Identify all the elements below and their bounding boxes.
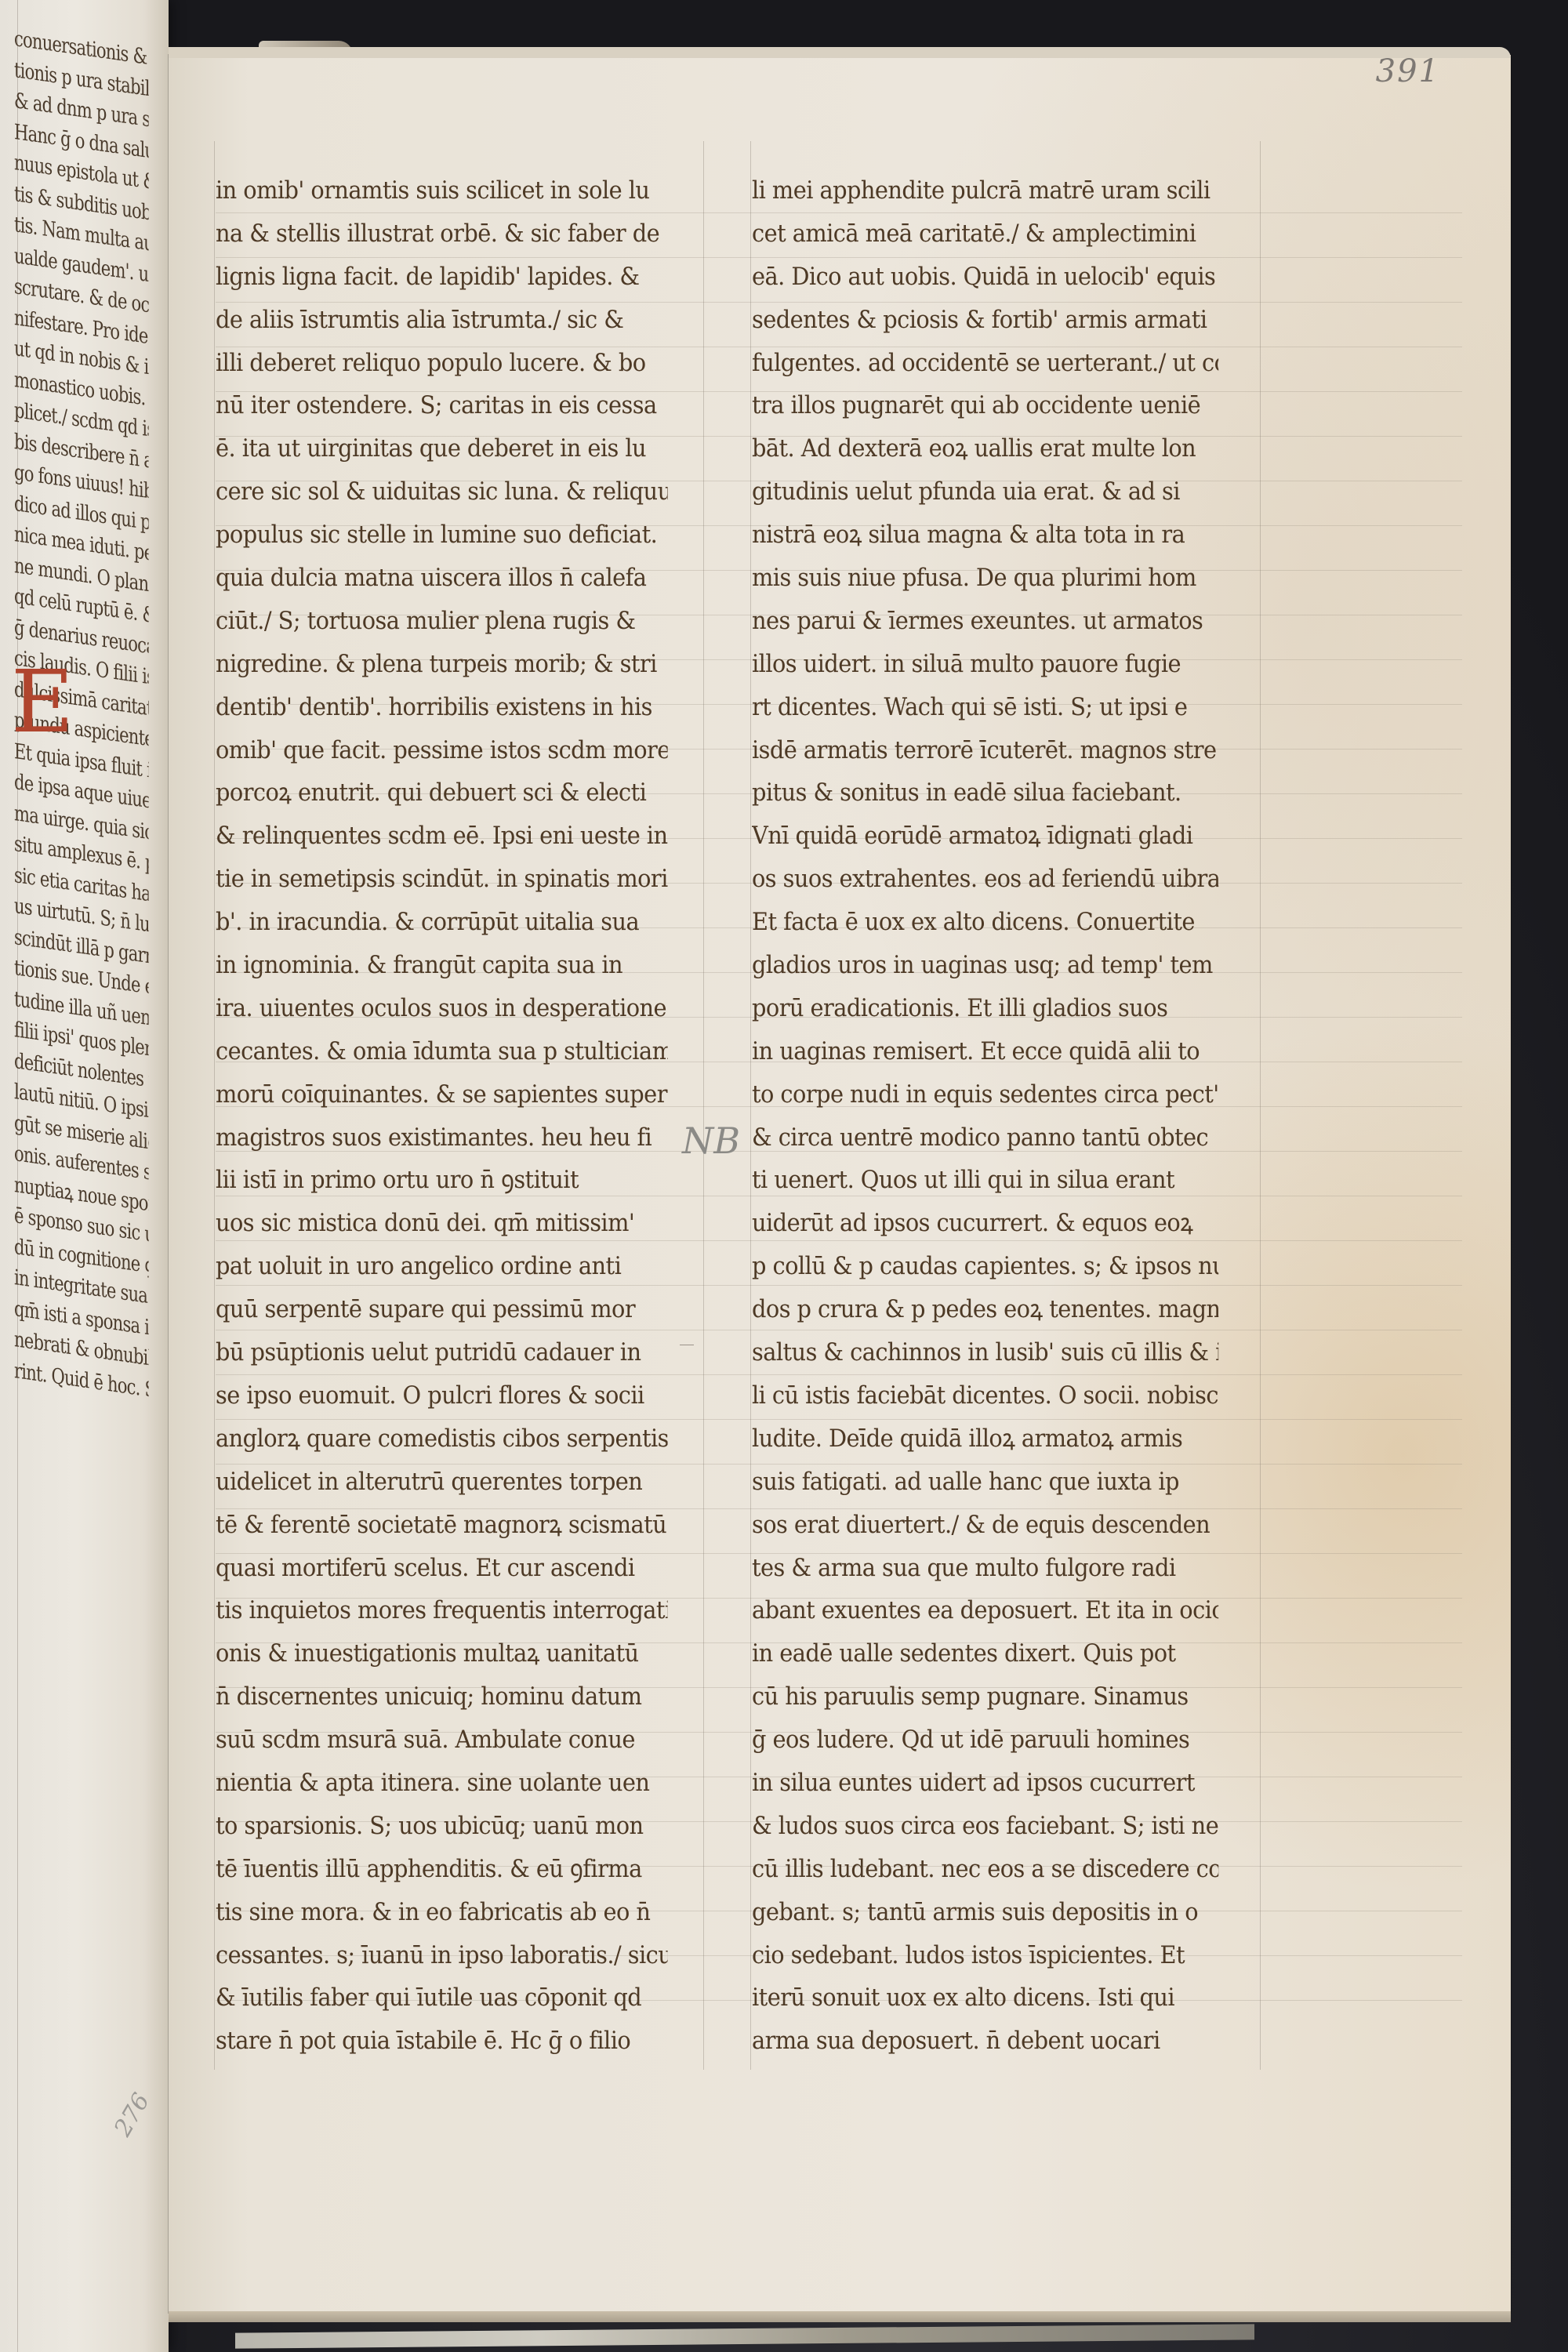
text-line: quū serpentē supare qui pessimū mor — [216, 1288, 668, 1331]
text-line: uiderūt ad ipsos cucurrert. & equos eoꝝ — [752, 1202, 1218, 1245]
text-line: mis suis niue pfusa. De qua plurimi hom — [752, 557, 1218, 600]
verso-folio-number: 276 — [109, 2089, 155, 2141]
folio-number: 391 — [1376, 53, 1440, 89]
text-line: uidelicet in alterutrū querentes torpen — [216, 1461, 668, 1504]
text-line: fulgentes. ad occidentē se uerterant./ u… — [752, 342, 1218, 385]
text-line: Et facta ē uox ex alto dicens. Conuertit… — [752, 901, 1218, 944]
text-line: suū scdm msurā suā. Ambulate conue — [216, 1719, 668, 1762]
text-line: cet amicā meā caritatē./ & amplectimini — [752, 212, 1218, 256]
text-line: morū coīquinantes. & se sapientes super — [216, 1073, 668, 1116]
text-line: onis & inuestigationis multaꝝ uanitatū — [216, 1632, 668, 1675]
text-line: cio sedebant. ludos istos īspicientes. E… — [752, 1934, 1218, 1977]
text-line: li mei apphendite pulcrā matrē uram scil… — [752, 169, 1218, 212]
text-line: se ipso euomuit. O pulcri flores & socii — [216, 1374, 668, 1417]
text-line: p collū & p caudas capientes. s; & ipsos… — [752, 1245, 1218, 1288]
text-line: isdē armatis terrorē īcuterēt. magnos st… — [752, 729, 1218, 772]
text-line: to sparsionis. S; uos ubicūq; uanū mon — [216, 1805, 668, 1848]
text-line: & circa uentrē modico panno tantū obtec — [752, 1116, 1218, 1160]
text-line: gebant. s; tantū armis suis depositis in… — [752, 1891, 1218, 1934]
text-line: arma sua deposuert. n̄ debent uocari — [752, 2020, 1218, 2063]
column-b-left-rule — [750, 141, 751, 2070]
text-line: gladios uros in uaginas usq; ad temp' te… — [752, 944, 1218, 987]
text-line: bāt. Ad dexterā eoꝝ uallis erat multe lo… — [752, 427, 1218, 470]
text-line: in silua euntes uidert ad ipsos cucurrer… — [752, 1762, 1218, 1805]
text-line: tis inquietos mores frequentis interroga… — [216, 1589, 668, 1632]
text-line: in ignominia. & frangūt capita sua in — [216, 944, 668, 987]
text-line: porū eradicationis. Et illi gladios suos — [752, 987, 1218, 1030]
text-line: tes & arma sua que multo fulgore radi — [752, 1547, 1218, 1590]
text-line: tra illos pugnarēt qui ab occidente ueni… — [752, 384, 1218, 427]
text-line: quasi mortiferū scelus. Et cur ascendi — [216, 1547, 668, 1590]
text-line: pat uoluit in uro angelico ordine anti — [216, 1245, 668, 1288]
text-line: pitus & sonitus in eadē silua faciebant. — [752, 771, 1218, 815]
text-line: iterū sonuit uox ex alto dicens. Isti qu… — [752, 1976, 1218, 2020]
text-line: b'. in iracundia. & corrūpūt uitalia sua — [216, 901, 668, 944]
margin-tick-mark — [680, 1345, 694, 1345]
text-line: tie in semetipsis scindūt. in spinatis m… — [216, 858, 668, 901]
text-line: saltus & cachinnos in lusib' suis cū ill… — [752, 1331, 1218, 1374]
text-line: ira. uiuentes oculos suos in desperation… — [216, 987, 668, 1030]
text-line: nientia & apta itinera. sine uolante uen — [216, 1762, 668, 1805]
text-line: os suos extrahentes. eos ad feriendū uib… — [752, 858, 1218, 901]
text-line: ciūt./ S; tortuosa mulier plena rugis & — [216, 600, 668, 643]
text-line: to corpe nudi in equis sedentes circa pe… — [752, 1073, 1218, 1116]
text-line: populus sic stelle in lumine suo deficia… — [216, 514, 668, 557]
margin-note-nb: NB — [682, 1120, 740, 1162]
text-line: illi deberet reliquo populo lucere. & bo — [216, 342, 668, 385]
text-line: bū psūptionis uelut putridū cadauer in — [216, 1331, 668, 1374]
text-column-b: li mei apphendite pulcrā matrē uram scil… — [752, 169, 1254, 2063]
text-line: tē īuentis illū apphenditis. & eū ꝯfirma — [216, 1848, 668, 1891]
text-line: tis sine mora. & in eo fabricatis ab eo … — [216, 1891, 668, 1934]
text-line: ti uenert. Quos ut illi qui in silua era… — [752, 1159, 1218, 1202]
text-line: suis fatigati. ad ualle hanc que iuxta i… — [752, 1461, 1218, 1504]
text-line: ē. ita ut uirginitas que deberet in eis … — [216, 427, 668, 470]
text-line: & relinquentes scdm eē. Ipsi eni ueste i… — [216, 815, 668, 858]
text-line: cū illis ludebant. nec eos a se disceder… — [752, 1848, 1218, 1891]
text-line: dos p crura & p pedes eoꝝ tenentes. magn… — [752, 1288, 1218, 1331]
text-line: anglorꝝ quare comedistis cibos serpentis — [216, 1417, 668, 1461]
text-line: nes parui & īermes exeuntes. ut armatos — [752, 600, 1218, 643]
text-line: cessantes. s; īuanū in ipso laboratis./ … — [216, 1934, 668, 1977]
text-line: Vnī quidā eorūdē armatoꝝ īdignati gladi — [752, 815, 1218, 858]
column-a-right-rule — [703, 141, 704, 2070]
text-line: in eadē ualle sedentes dixert. Quis pot — [752, 1632, 1218, 1675]
text-line: ḡ eos ludere. Qd ut idē paruuli homines — [752, 1719, 1218, 1762]
text-line: rt dicentes. Wach qui sē isti. S; ut ips… — [752, 686, 1218, 729]
page-bottom-edge — [169, 2311, 1511, 2322]
text-line: sedentes & pciosis & fortib' armis armat… — [752, 299, 1218, 342]
text-line: cere sic sol & uiduitas sic luna. & reli… — [216, 470, 668, 514]
text-line: omib' que facit. pessime istos scdm more… — [216, 729, 668, 772]
column-b-right-rule — [1260, 141, 1261, 2070]
text-line: cecantes. & omia īdumta sua p stulticiam — [216, 1030, 668, 1073]
text-line: porcoꝝ enutrit. qui debuert sci & electi — [216, 771, 668, 815]
text-line: sos erat diuertert./ & de equis descende… — [752, 1504, 1218, 1547]
text-line: illos uidert. in siluā multo pauore fugi… — [752, 643, 1218, 686]
text-line: na & stellis illustrat orbē. & sic faber… — [216, 212, 668, 256]
text-line: uos sic mistica donū dei. qm̄ mitissim' — [216, 1202, 668, 1245]
rubricated-initial: E — [11, 659, 74, 745]
text-line: lignis ligna facit. de lapidib' lapides.… — [216, 256, 668, 299]
text-line: in omib' ornamtis suis scilicet in sole … — [216, 169, 668, 212]
text-line: lii istī in primo ortu uro n̄ ꝯstituit — [216, 1159, 668, 1202]
text-line: n̄ discernentes unicuiq; hominu datum — [216, 1675, 668, 1719]
text-line: cū his paruulis semp pugnare. Sinamus — [752, 1675, 1218, 1719]
text-line: in uaginas remisert. Et ecce quidā alii … — [752, 1030, 1218, 1073]
text-line: abant exuentes ea deposuert. Et ita in o… — [752, 1589, 1218, 1632]
recto-page: 391 in omib' ornamtis suis scilicet in s… — [169, 55, 1511, 2313]
text-line: nū iter ostendere. S; caritas in eis ces… — [216, 384, 668, 427]
text-line: li cū istis faciebāt dicentes. O socii. … — [752, 1374, 1218, 1417]
text-line: de aliis īstrumtis alia īstrumta./ sic & — [216, 299, 668, 342]
text-line: nigredine. & plena turpeis morib; & stri — [216, 643, 668, 686]
text-line: gitudinis uelut pfunda uia erat. & ad si — [752, 470, 1218, 514]
text-line: tē & ferentē societatē magnorꝝ scismatū — [216, 1504, 668, 1547]
text-column-a: in omib' ornamtis suis scilicet in sole … — [216, 169, 702, 2063]
text-line: quia dulcia matna uiscera illos n̄ calef… — [216, 557, 668, 600]
text-line: & īutilis faber qui īutile uas cōponit q… — [216, 1976, 668, 2020]
text-line: magistros suos existimantes. heu heu fi — [216, 1116, 668, 1160]
text-line: stare n̄ pot quia īstabile ē. Hc ḡ o fil… — [216, 2020, 668, 2063]
text-line: nistrā eoꝝ silua magna & alta tota in ra — [752, 514, 1218, 557]
text-line: & ludos suos circa eos faciebant. S; ist… — [752, 1805, 1218, 1848]
verso-page-left: conuersationis & in di fidetionis p ura … — [0, 0, 169, 2352]
column-a-left-rule — [214, 141, 215, 2070]
text-line: ludite. Deīde quidā illoꝝ armatoꝝ armis — [752, 1417, 1218, 1461]
text-line: eā. Dico aut uobis. Quidā in uelocib' eq… — [752, 256, 1218, 299]
text-line: dentib' dentib'. horribilis existens in … — [216, 686, 668, 729]
